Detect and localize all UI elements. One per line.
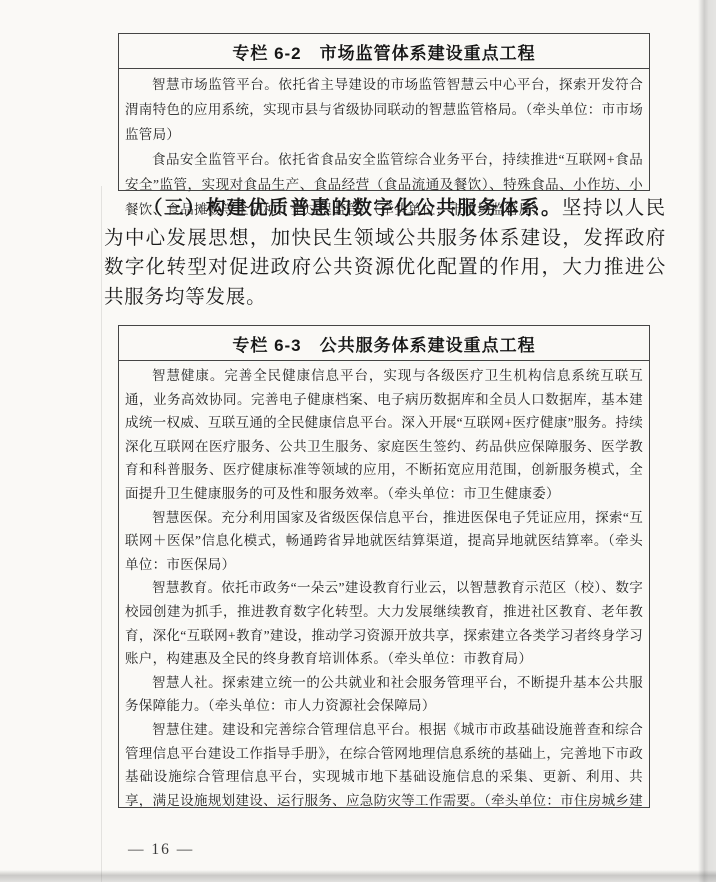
scan-edge-bottom	[0, 870, 716, 882]
paragraph-smart-market-supervision: 智慧市场监管平台。依托省主导建设的市场监管智慧云中心平台，探索开发符合渭南特色的…	[125, 72, 643, 147]
scan-fold-line	[101, 186, 102, 882]
paragraph-smart-education: 智慧教育。依托市政务“一朵云”建设教育行业云，以智慧教育示范区（校）、数字校园创…	[125, 576, 643, 670]
section-three-paragraph: （三）构建优质普惠的数字化公共服务体系。坚持以人民为中心发展思想，加快民生领域公…	[104, 194, 666, 312]
page-number: — 16 —	[128, 841, 194, 859]
panel-6-3: 专栏 6-3 公共服务体系建设重点工程 智慧健康。完善全民健康信息平台，实现与各…	[118, 325, 650, 808]
panel-6-3-title: 专栏 6-3 公共服务体系建设重点工程	[119, 326, 649, 361]
paragraph-smart-human-resources: 智慧人社。探索建立统一的公共就业和社会服务管理平台，不断提升基本公共服务保障能力…	[125, 671, 643, 718]
paragraph-smart-housing-construction: 智慧住建。建设和完善综合管理信息平台。根据《城市市政基础设施普查和综合管理信息平…	[125, 718, 643, 812]
paragraph-smart-medical-insurance: 智慧医保。充分利用国家及省级医保信息平台，推进医保电子凭证应用，探索“互联网＋医…	[125, 506, 643, 577]
panel-6-2-title: 专栏 6-2 市场监管体系建设重点工程	[119, 34, 649, 69]
panel-6-3-body: 智慧健康。完善全民健康信息平台，实现与各级医疗卫生机构信息系统互联互通，业务高效…	[119, 361, 649, 812]
panel-6-2: 专栏 6-2 市场监管体系建设重点工程 智慧市场监管平台。依托省主导建设的市场监…	[118, 33, 650, 191]
document-page: 专栏 6-2 市场监管体系建设重点工程 智慧市场监管平台。依托省主导建设的市场监…	[0, 0, 716, 882]
section-three-heading: （三）构建优质普惠的数字化公共服务体系。	[143, 198, 562, 219]
scan-edge-right	[698, 0, 716, 882]
paragraph-smart-health: 智慧健康。完善全民健康信息平台，实现与各级医疗卫生机构信息系统互联互通，业务高效…	[125, 364, 643, 506]
